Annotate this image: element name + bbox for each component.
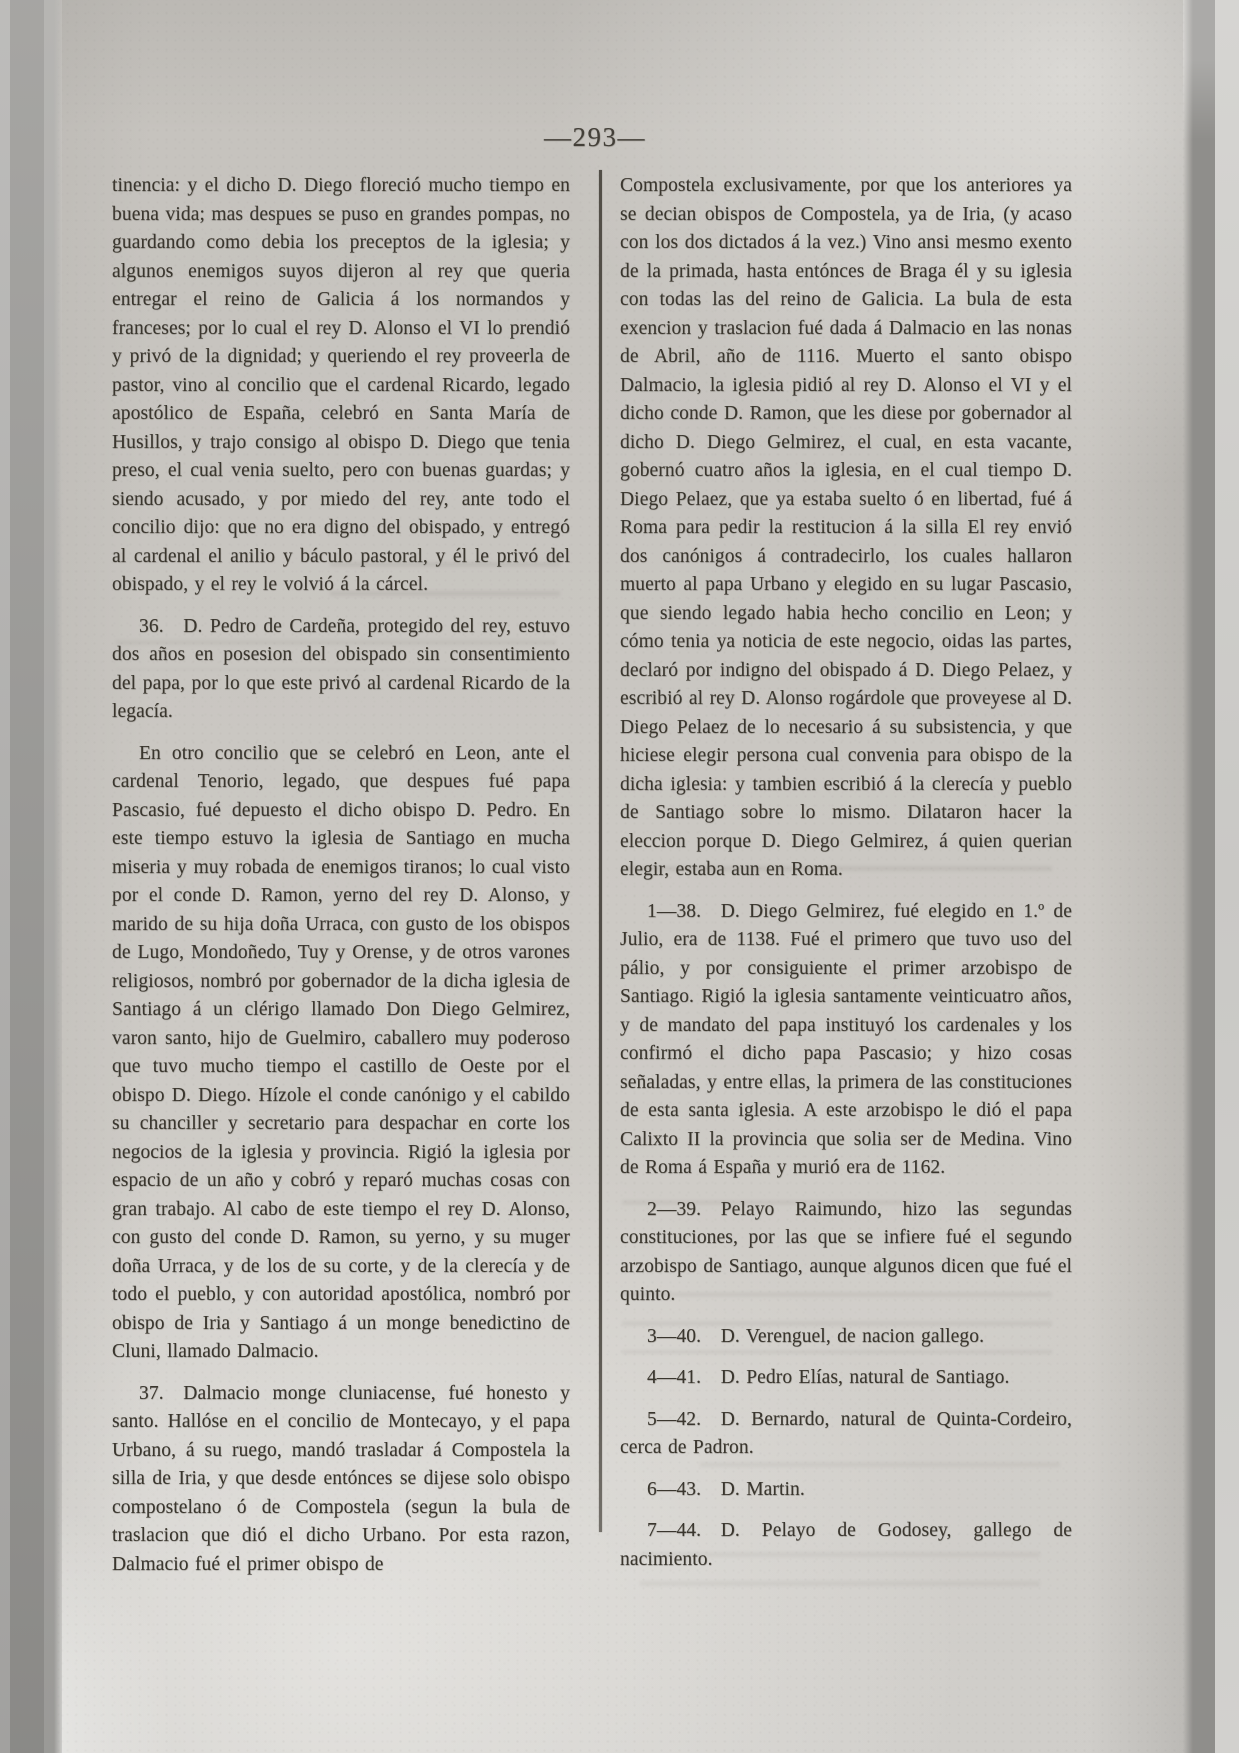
right-outer-edge — [1215, 0, 1239, 1753]
paragraph-entry-3-40: 3—40. D. Verenguel, de nacion gallego. — [620, 1323, 1072, 1352]
right-column: Compostela exclusivamente, por que los a… — [620, 172, 1072, 1574]
paragraph-entry-6-43: 6—43. D. Martin. — [620, 1476, 1072, 1505]
right-page-edge-shadow — [1183, 0, 1215, 1753]
paragraph-entry-1-38: 1—38. D. Diego Gelmirez, fué elegido en … — [620, 898, 1072, 1183]
paragraph-continuation: tinencia: y el dicho D. Diego floreció m… — [112, 172, 570, 600]
paragraph-entry-5-42: 5—42. D. Bernardo, natural de Quinta-Cor… — [620, 1406, 1072, 1463]
paragraph-entry-7-44: 7—44. D. Pelayo de Godosey, gallego de n… — [620, 1517, 1072, 1574]
paragraph-continuation: Compostela exclusivamente, por que los a… — [620, 172, 1072, 885]
column-divider-rule — [599, 170, 602, 1532]
scanned-book-page: —293— tinencia: y el dicho D. Diego flor… — [0, 0, 1239, 1753]
paragraph-entry-2-39: 2—39. Pelayo Raimundo, hizo las segundas… — [620, 1196, 1072, 1310]
paragraph-concilio-leon: En otro concilio que se celebró en Leon,… — [112, 740, 570, 1367]
page-number: —293— — [112, 122, 1078, 158]
left-column: tinencia: y el dicho D. Diego floreció m… — [112, 172, 570, 1579]
book-spine-shadow — [0, 0, 62, 1753]
paragraph-entry-4-41: 4—41. D. Pedro Elías, natural de Santiag… — [620, 1364, 1072, 1393]
paragraph-entry-37: 37. Dalmacio monge cluniacense, fué hone… — [112, 1380, 570, 1580]
paragraph-entry-36: 36. D. Pedro de Cardeña, protegido del r… — [112, 613, 570, 727]
